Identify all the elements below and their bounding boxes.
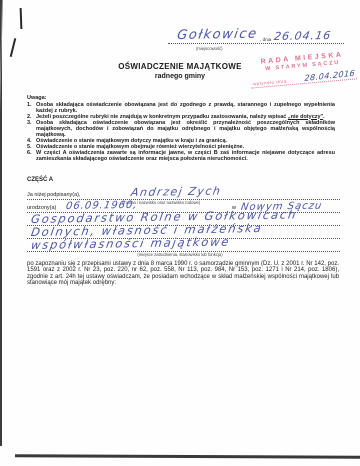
- note-item-3: 3. Osoba składająca oświadczenie obowiąz…: [27, 120, 335, 138]
- handwritten-workplace-line3: współwłasności majątkowe: [30, 235, 231, 252]
- workplace-caption: (miejsce zatrudnienia, stanowisko lub fu…: [0, 252, 360, 257]
- note-item-1: 1. Osoba składająca oświadczenie obowiąz…: [27, 102, 335, 114]
- document-title: OŚWIADCZENIE MAJĄTKOWE radnego gminy: [0, 62, 360, 80]
- legal-paragraph: po zapoznaniu się z przepisami ustawy z …: [27, 261, 339, 287]
- note-number: 3.: [27, 120, 36, 138]
- notes-section: Uwaga: 1. Osoba składająca oświadczenie …: [27, 95, 335, 162]
- notes-label: Uwaga:: [27, 95, 335, 101]
- handwritten-place: Gołkowice: [176, 27, 259, 43]
- workplace-field-line3: współwłasności majątkowe: [27, 238, 340, 252]
- handwritten-date: 26.04.16: [273, 29, 332, 43]
- note-number: 1.: [27, 102, 36, 114]
- note-item-6: 6. W części A oświadczenia zawarte są in…: [27, 150, 335, 162]
- place-caption: (miejscowość): [196, 46, 223, 51]
- declarant-label: Ja niżej podpisany(a),: [27, 192, 81, 198]
- scanned-declaration-page: Gołkowice , dnia 26.04.16 (miejscowość) …: [0, 0, 360, 466]
- declarant-name-field: Ja niżej podpisany(a), Andrzej Zych: [27, 186, 340, 200]
- note-text: W części A oświadczenia zawarte są infor…: [36, 150, 335, 162]
- note-number: 6.: [27, 150, 36, 162]
- note-text: Osoba składająca oświadczenie obowiązana…: [36, 102, 335, 114]
- title-line1: OŚWIADCZENIE MAJĄTKOWE: [0, 62, 360, 71]
- born-label: urodzony(a): [27, 205, 56, 211]
- handwritten-name: Andrzej Zych: [130, 184, 223, 199]
- pen-mark-diagonal: [10, 38, 16, 57]
- part-a-heading: CZĘŚĆ A: [27, 177, 53, 183]
- stamp-received-label: wpłynęło dnia: [253, 78, 287, 86]
- place-date-field: Gołkowice , dnia 26.04.16: [168, 24, 344, 44]
- pen-mark-vertical: [20, 8, 22, 29]
- note-text: Osoba składająca oświadczenie obowiązana…: [36, 120, 335, 138]
- date-label: , dnia: [260, 37, 271, 42]
- title-line2: radnego gminy: [0, 73, 360, 80]
- scan-edge-bottom: [15, 454, 360, 458]
